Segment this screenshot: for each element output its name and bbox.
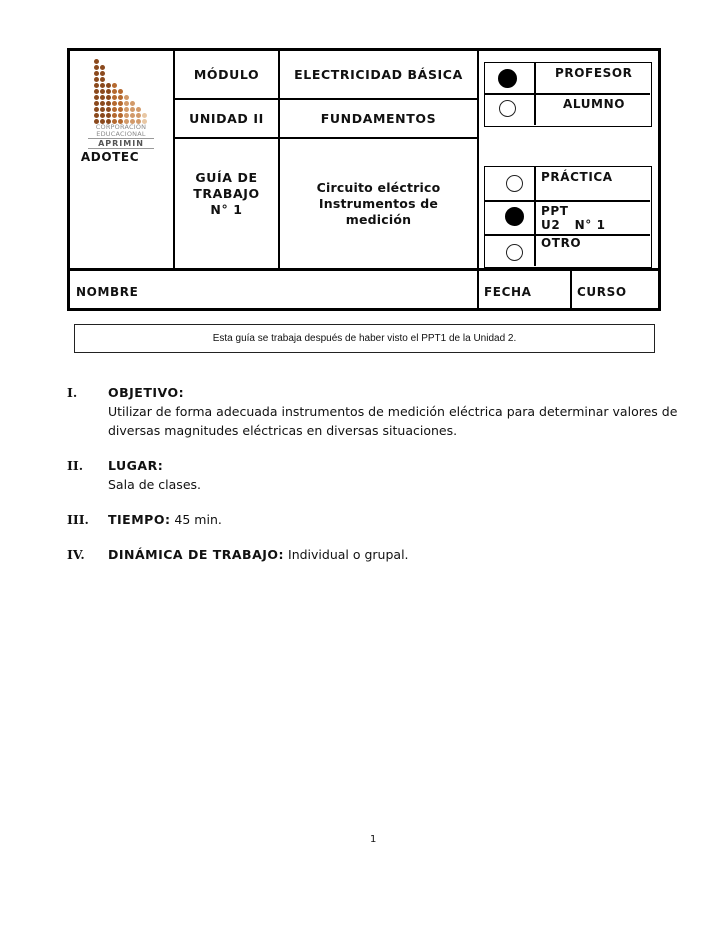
guide-label: GUÍA DE TRABAJO N° 1 xyxy=(175,139,278,249)
option-alumno-label: ALUMNO xyxy=(563,97,625,111)
logo-line2: EDUCACIONAL xyxy=(88,131,154,138)
type-box: PRÁCTICA PPT U2 N° 1 OTRO xyxy=(484,166,652,268)
divider xyxy=(485,93,650,95)
nombre-field[interactable] xyxy=(180,273,475,307)
section-number: III. xyxy=(67,510,89,529)
section-body: Utilizar de forma adecuada instrumentos … xyxy=(108,402,688,440)
audience-box: PROFESOR ALUMNO xyxy=(484,62,652,127)
section-title: LUGAR: xyxy=(108,456,688,475)
section-body: Sala de clases. xyxy=(108,475,688,494)
section-title: TIEMPO: xyxy=(108,512,170,527)
logo-mark-icon xyxy=(94,59,158,124)
section-inline-value: 45 min. xyxy=(170,512,221,527)
option-otro-label: OTRO xyxy=(541,236,581,250)
divider xyxy=(485,200,650,202)
module-value: ELECTRICIDAD BÁSICA xyxy=(280,51,477,98)
section-title: OBJETIVO: xyxy=(108,383,688,402)
section-title: DINÁMICA DE TRABAJO: xyxy=(108,547,284,562)
logo-brand: APRIMIN xyxy=(88,138,154,149)
option-ppt-label: PPT U2 N° 1 xyxy=(541,204,606,232)
radio-otro[interactable] xyxy=(506,244,523,261)
org-name: ADOTEC xyxy=(80,150,140,164)
radio-alumno[interactable] xyxy=(499,100,516,117)
logo: CORPORACION EDUCACIONAL APRIMIN xyxy=(88,59,158,149)
section-number: II. xyxy=(67,456,83,475)
curso-field-label: CURSO xyxy=(577,285,627,299)
note-box: Esta guía se trabaja después de haber vi… xyxy=(74,324,655,353)
nombre-field-label: NOMBRE xyxy=(76,285,138,299)
header-table: CORPORACION EDUCACIONAL APRIMIN ADOTEC M… xyxy=(67,48,661,311)
radio-ppt[interactable] xyxy=(505,207,524,226)
radio-practica[interactable] xyxy=(506,175,523,192)
section-number: I. xyxy=(67,383,77,402)
module-label: MÓDULO xyxy=(175,51,278,98)
fecha-field-label: FECHA xyxy=(484,285,532,299)
section-inline-value: Individual o grupal. xyxy=(284,547,408,562)
radio-profesor[interactable] xyxy=(498,69,517,88)
section-number: IV. xyxy=(67,545,85,564)
divider xyxy=(534,167,536,266)
divider xyxy=(570,269,572,308)
unit-value: FUNDAMENTOS xyxy=(280,100,477,137)
option-practica-label: PRÁCTICA xyxy=(541,170,613,184)
guide-topic: Circuito eléctrico Instrumentos de medic… xyxy=(280,139,477,269)
option-profesor-label: PROFESOR xyxy=(555,66,633,80)
page-number: 1 xyxy=(370,834,376,845)
unit-label: UNIDAD II xyxy=(175,100,278,137)
